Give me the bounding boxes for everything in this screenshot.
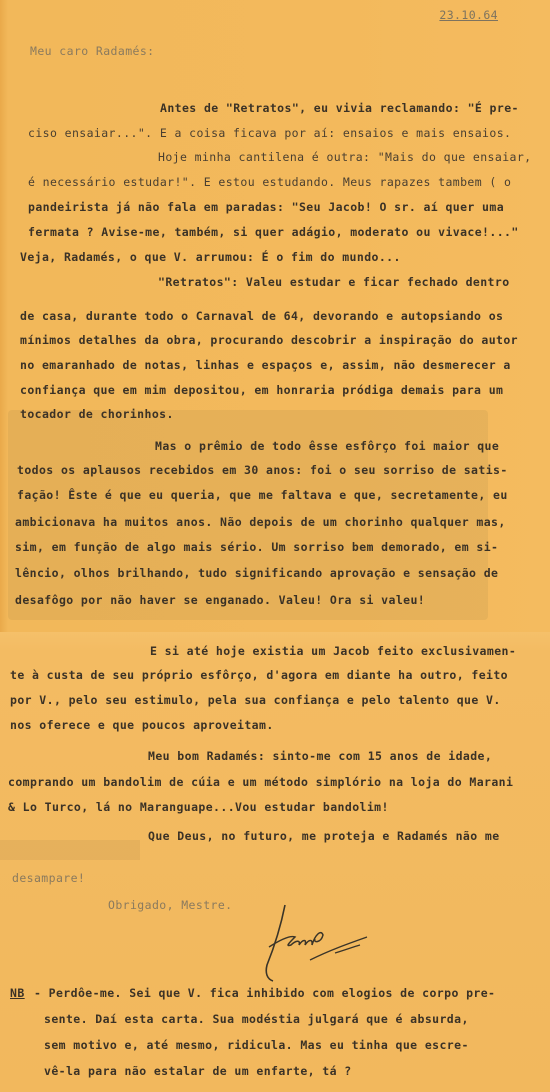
signature [255,895,385,985]
text-line: fação! Êste é que eu queria, que me falt… [17,488,508,502]
text-line: ciso ensaiar...". E a coisa ficava por a… [28,126,511,140]
text-line: nos oferece e que poucos aproveitam. [10,718,274,732]
text-line: Antes de "Retratos", eu vivia reclamando… [160,101,519,115]
text-line: fermata ? Avise-me, também, si quer adág… [28,225,519,239]
text-line: pandeirista já não fala em paradas: "Seu… [28,200,504,214]
text-line: Meu bom Radamés: sinto-me com 15 anos de… [148,749,492,763]
postscript-label: NB [10,986,25,1000]
salutation: Meu caro Radamés: [30,44,155,58]
text-line: é necessário estudar!". E estou estudand… [28,175,511,189]
postscript-line: vê-la para não estalar de um enfarte, tá… [44,1064,352,1078]
text-line: Hoje minha cantilena é outra: "Mais do q… [158,150,532,164]
text-line: no emaranhado de notas, linhas e espaços… [20,358,511,372]
text-line: Que Deus, no futuro, me proteja e Radamé… [148,829,500,843]
text-line: E si até hoje existia um Jacob feito exc… [150,644,516,658]
text-line: sim, em função de algo mais sério. Um so… [15,540,498,554]
text-line: Mas o prêmio de todo êsse esfôrço foi ma… [155,439,499,453]
letter-date: 23.10.64 [439,8,498,22]
text-line: confiança que em mim depositou, em honra… [20,383,503,397]
text-line: todos os aplausos recebidos em 30 anos: … [17,463,508,477]
text-line: de casa, durante todo o Carnaval de 64, … [20,309,503,323]
text-line: comprando um bandolim de cúia e um métod… [8,775,513,789]
text-line: Veja, Radamés, o que V. arrumou: É o fim… [20,250,401,264]
text-line: mínimos detalhes da obra, procurando des… [20,333,518,347]
text-line: "Retratos": Valeu estudar e ficar fechad… [158,275,510,289]
text-line: te à custa de seu próprio esfôrço, d'ago… [10,668,508,682]
text-line: desampare! [12,871,85,885]
text-line: lêncio, olhos brilhando, tudo significan… [15,566,498,580]
postscript-line: sente. Daí esta carta. Sua modéstia julg… [44,1012,469,1026]
postscript-line: - Perdôe-me. Sei que V. fica inhibido co… [34,986,495,1000]
text-line: por V., pelo seu estimulo, pela sua conf… [10,693,501,707]
closing: Obrigado, Mestre. [108,898,233,912]
postscript-line: sem motivo e, até mesmo, ridicula. Mas e… [44,1038,469,1052]
page-shadow [0,840,140,860]
text-line: ambicionava ha muitos anos. Não depois d… [15,515,506,529]
text-line: & Lo Turco, lá no Maranguape...Vou estud… [8,800,389,814]
text-line: tocador de chorinhos. [20,407,174,421]
text-line: desafôgo por não haver se enganado. Vale… [15,593,425,607]
